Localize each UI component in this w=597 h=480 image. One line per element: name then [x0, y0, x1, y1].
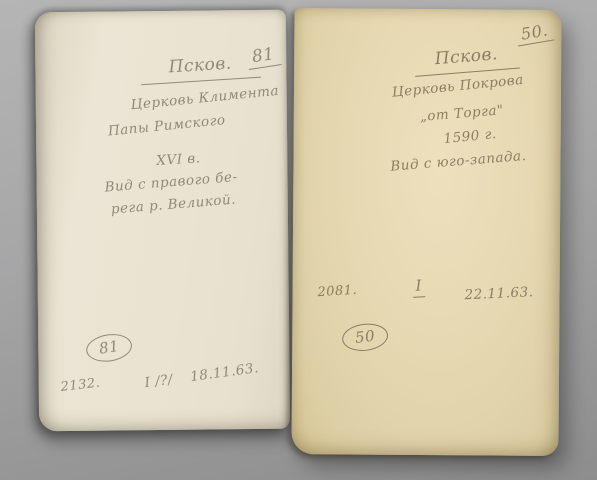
right-series-mark: I — [412, 276, 426, 298]
right-date: 22.11.63. — [464, 284, 534, 303]
right-corner-number: 50. — [515, 20, 555, 47]
caption-line: Папы Римского — [107, 112, 226, 139]
caption-line: Вид с юго-запада. — [390, 148, 527, 175]
photo-backdrop: 81 Псков. Церковь Климента Папы Римского… — [0, 0, 597, 480]
caption-line: Вид с правого бе- — [104, 169, 238, 196]
right-circled-number: 50 — [341, 321, 390, 353]
left-date-line: I /?/ 18.11.63. — [144, 360, 260, 391]
caption-line: XVI в. — [156, 150, 201, 169]
caption-line: „от Торга" — [419, 102, 504, 125]
caption-line: Церковь Климента — [130, 83, 280, 113]
caption-line: 1590 г. — [443, 126, 498, 147]
left-card: 81 Псков. Церковь Климента Папы Римского… — [35, 10, 290, 432]
right-card: 50. Псков. Церковь Покрова „от Торга" 15… — [291, 8, 561, 456]
right-card-title: Псков. — [413, 43, 520, 77]
caption-line: рега р. Великой. — [110, 192, 236, 218]
left-date: 18.11.63. — [189, 360, 259, 385]
caption-line: Церковь Покрова — [391, 72, 524, 101]
left-series-mark: I /?/ — [144, 372, 174, 392]
left-circled-number: 81 — [84, 331, 134, 365]
right-inventory-number: 2081. — [317, 283, 358, 300]
left-card-title: Псков. — [140, 52, 261, 85]
left-inventory-number: 2132. — [60, 376, 101, 395]
